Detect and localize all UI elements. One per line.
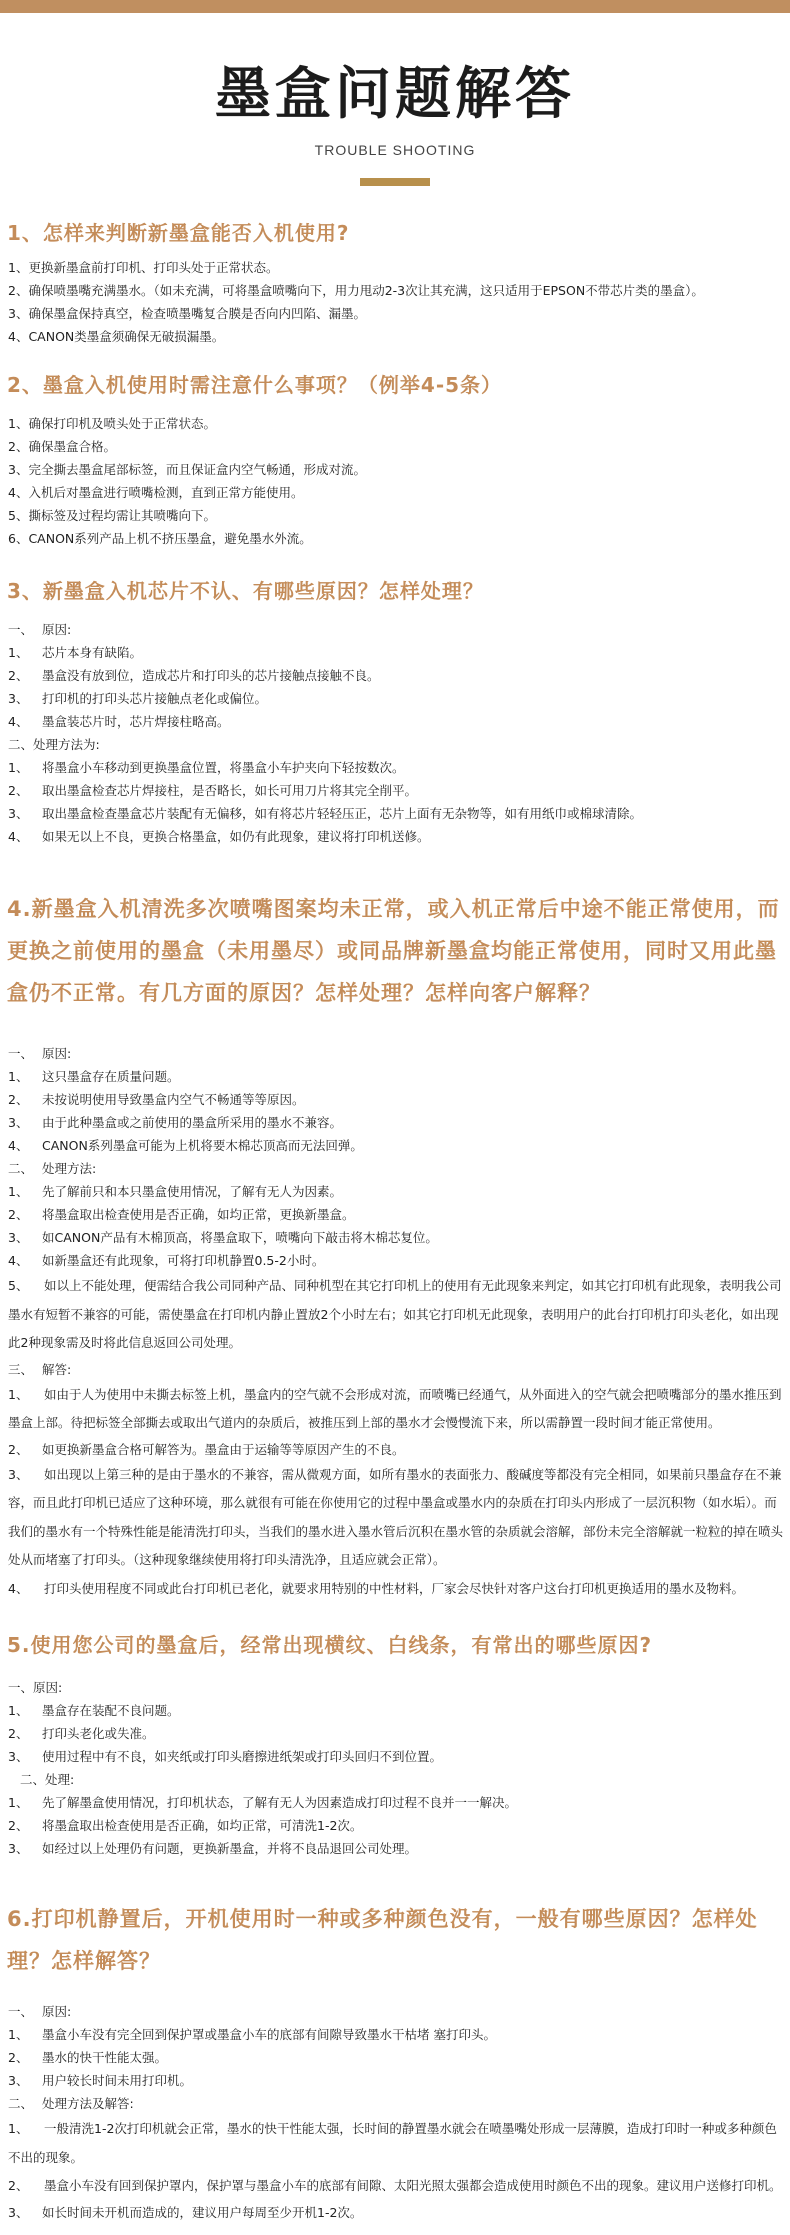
faq-item: 一、原因: bbox=[0, 2000, 790, 2023]
faq-item: 4、如新墨盒还有此现象，可将打印机静置0.5-2小时。 bbox=[0, 1249, 790, 1272]
faq-item: 三、解答: bbox=[0, 1358, 790, 1381]
faq-item: 1、先了解前只和本只墨盒使用情况，了解有无人为因素。 bbox=[0, 1180, 790, 1203]
faq-question: 2、墨盒入机使用时需注意什么事项？（例举4-5条） bbox=[0, 370, 790, 400]
faq-item: 3、由于此种墨盒或之前使用的墨盒所采用的墨水不兼容。 bbox=[0, 1111, 790, 1134]
faq-item: 1、一般清洗1-2次打印机就会正常，墨水的快干性能太强，长时间的静置墨水就会在喷… bbox=[0, 2115, 790, 2172]
faq-item: 1、墨盒存在装配不良问题。 bbox=[0, 1699, 790, 1722]
faq-item: 5、撕标签及过程均需让其喷嘴向下。 bbox=[0, 504, 790, 527]
faq-item: 3、如经过以上处理仍有问题，更换新墨盒，并将不良品退回公司处理。 bbox=[0, 1837, 790, 1860]
faq-item: 3、取出墨盒检查墨盒芯片装配有无偏移，如有将芯片轻轻压正，芯片上面有无杂物等，如… bbox=[0, 802, 790, 825]
faq-item: 3、如CANON产品有木棉顶高，将墨盒取下，喷嘴向下敲击将木棉芯复位。 bbox=[0, 1226, 790, 1249]
faq-item: 2、墨盒没有放到位，造成芯片和打印头的芯片接触点接触不良。 bbox=[0, 664, 790, 687]
faq-section-5: 5.使用您公司的墨盒后，经常出现横纹、白线条，有常出的哪些原因? 一、原因: 1… bbox=[0, 1630, 790, 1860]
faq-item: 1、这只墨盒存在质量问题。 bbox=[0, 1065, 790, 1088]
faq-item: 4、CANON类墨盒须确保无破损漏墨。 bbox=[0, 325, 790, 348]
faq-item: 5、如以上不能处理，便需结合我公司同种产品、同种机型在其它打印机上的使用有无此现… bbox=[0, 1272, 790, 1358]
faq-item: 3、确保墨盒保持真空，检查喷墨嘴复合膜是否向内凹陷、漏墨。 bbox=[0, 302, 790, 325]
faq-item: 3、完全撕去墨盒尾部标签，而且保证盒内空气畅通，形成对流。 bbox=[0, 458, 790, 481]
faq-item: 1、墨盒小车没有完全回到保护罩或墨盒小车的底部有间隙导致墨水干枯堵 塞打印头。 bbox=[0, 2023, 790, 2046]
faq-question: 3、新墨盒入机芯片不认、有哪些原因？怎样处理？ bbox=[0, 576, 790, 606]
faq-item: 6、CANON系列产品上机不挤压墨盒，避免墨水外流。 bbox=[0, 527, 790, 550]
faq-item: 1、先了解墨盒使用情况，打印机状态，了解有无人为因素造成打印过程不良并一一解决。 bbox=[0, 1791, 790, 1814]
faq-section-2: 2、墨盒入机使用时需注意什么事项？（例举4-5条） 1、确保打印机及喷头处于正常… bbox=[0, 370, 790, 550]
faq-item: 4、如果无以上不良，更换合格墨盒，如仍有此现象，建议将打印机送修。 bbox=[0, 825, 790, 848]
faq-item: 2、墨水的快干性能太强。 bbox=[0, 2046, 790, 2069]
faq-item: 二、处理方法及解答: bbox=[0, 2092, 790, 2115]
faq-item: 2、墨盒小车没有回到保护罩内，保护罩与墨盒小车的底部有间隙、太阳光照太强都会造成… bbox=[0, 2172, 790, 2201]
faq-item: 4、打印头使用程度不同或此台打印机已老化，就要求用特别的中性材料，厂家会尽快针对… bbox=[0, 1575, 790, 1604]
faq-item: 3、用户较长时间未用打印机。 bbox=[0, 2069, 790, 2092]
faq-item: 2、取出墨盒检查芯片焊接柱，是否略长，如长可用刀片将其完全削平。 bbox=[0, 779, 790, 802]
faq-item: 3、如出现以上第三种的是由于墨水的不兼容，需从微观方面，如所有墨水的表面张力、酸… bbox=[0, 1461, 790, 1575]
faq-item: 1、更换新墨盒前打印机、打印头处于正常状态。 bbox=[0, 256, 790, 279]
faq-item: 1、确保打印机及喷头处于正常状态。 bbox=[0, 412, 790, 435]
faq-item: 2、将墨盒取出检查使用是否正确，如均正常，可清洗1-2次。 bbox=[0, 1814, 790, 1837]
faq-item: 2、确保喷墨嘴充满墨水。（如未充满，可将墨盒喷嘴向下，用力甩动2-3次让其充满，… bbox=[0, 279, 790, 302]
faq-item: 一、原因: bbox=[0, 618, 790, 641]
faq-item: 2、将墨盒取出检查使用是否正确，如均正常，更换新墨盒。 bbox=[0, 1203, 790, 1226]
faq-question: 6.打印机静置后，开机使用时一种或多种颜色没有，一般有哪些原因？怎样处理？怎样解… bbox=[0, 1898, 790, 1982]
title-divider bbox=[360, 178, 430, 186]
faq-item: 二、处理方法: bbox=[0, 1157, 790, 1180]
faq-item: 2、未按说明使用导致墨盒内空气不畅通等等原因。 bbox=[0, 1088, 790, 1111]
faq-section-1: 1、怎样来判断新墨盒能否入机使用? 1、更换新墨盒前打印机、打印头处于正常状态。… bbox=[0, 218, 790, 348]
page-title: 墨盒问题解答 bbox=[0, 60, 790, 130]
faq-question: 1、怎样来判断新墨盒能否入机使用? bbox=[0, 218, 790, 248]
faq-section-4: 4.新墨盒入机清洗多次喷嘴图案均未正常，或入机正常后中途不能正常使用，而更换之前… bbox=[0, 888, 790, 1603]
faq-section-3: 3、新墨盒入机芯片不认、有哪些原因？怎样处理？ 一、原因: 1、芯片本身有缺陷。… bbox=[0, 576, 790, 848]
faq-item: 4、CANON系列墨盒可能为上机将要木棉芯顶高而无法回弹。 bbox=[0, 1134, 790, 1157]
faq-question: 5.使用您公司的墨盒后，经常出现横纹、白线条，有常出的哪些原因? bbox=[0, 1630, 790, 1660]
faq-item: 1、如由于人为使用中未撕去标签上机，墨盒内的空气就不会形成对流，而喷嘴已经通气，… bbox=[0, 1381, 790, 1438]
faq-item: 4、入机后对墨盒进行喷嘴检测，直到正常方能使用。 bbox=[0, 481, 790, 504]
faq-item: 2、如更换新墨盒合格可解答为。墨盒由于运输等等原因产生的不良。 bbox=[0, 1438, 790, 1461]
faq-item: 1、将墨盒小车移动到更换墨盒位置，将墨盒小车护夹向下轻按数次。 bbox=[0, 756, 790, 779]
faq-section-6: 6.打印机静置后，开机使用时一种或多种颜色没有，一般有哪些原因？怎样处理？怎样解… bbox=[0, 1898, 790, 2224]
faq-subheading: 二、处理: bbox=[0, 1768, 790, 1791]
faq-item: 2、确保墨盒合格。 bbox=[0, 435, 790, 458]
faq-question: 4.新墨盒入机清洗多次喷嘴图案均未正常，或入机正常后中途不能正常使用，而更换之前… bbox=[0, 888, 790, 1014]
faq-subheading: 一、原因: bbox=[0, 1676, 790, 1699]
top-accent-bar bbox=[0, 0, 790, 13]
faq-item: 3、如长时间未开机而造成的，建议用户每周至少开机1-2次。 bbox=[0, 2201, 790, 2224]
faq-item: 1、芯片本身有缺陷。 bbox=[0, 641, 790, 664]
faq-item: 2、打印头老化或失准。 bbox=[0, 1722, 790, 1745]
page-header: 墨盒问题解答 TROUBLE SHOOTING bbox=[0, 60, 790, 186]
faq-item: 3、打印机的打印头芯片接触点老化或偏位。 bbox=[0, 687, 790, 710]
faq-item: 4、墨盒装芯片时，芯片焊接柱略高。 bbox=[0, 710, 790, 733]
faq-subheading: 二、处理方法为: bbox=[0, 733, 790, 756]
faq-item: 3、使用过程中有不良，如夹纸或打印头磨擦进纸架或打印头回归不到位置。 bbox=[0, 1745, 790, 1768]
faq-item: 一、原因: bbox=[0, 1042, 790, 1065]
page-subtitle: TROUBLE SHOOTING bbox=[0, 142, 790, 158]
